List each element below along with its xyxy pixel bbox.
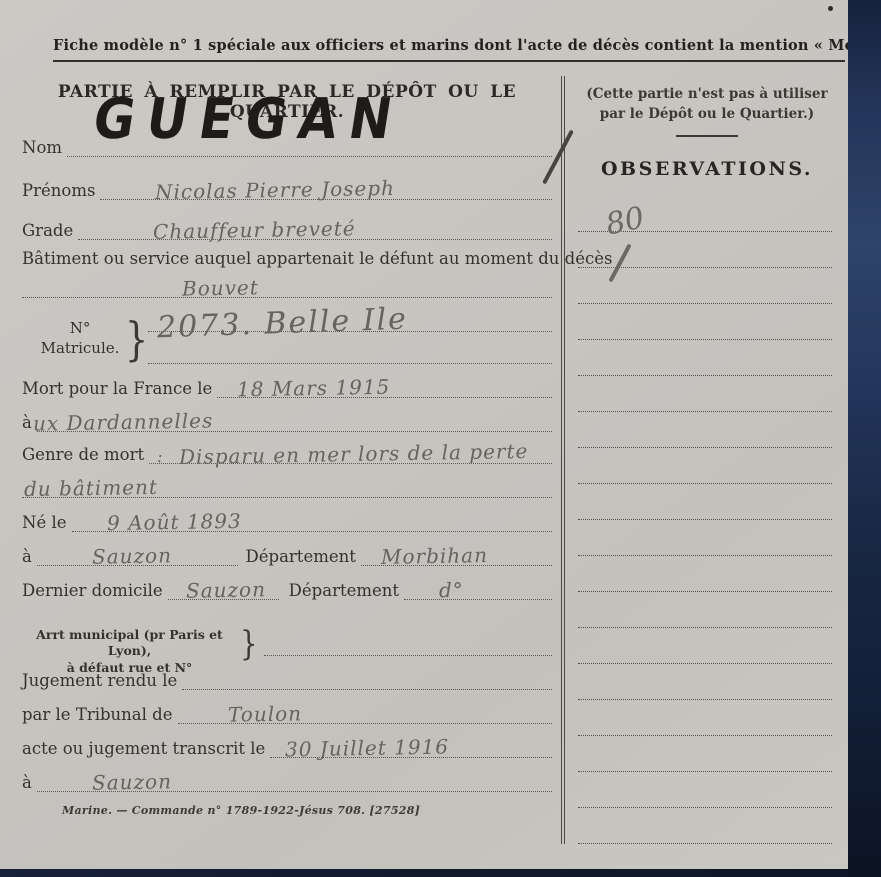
field-genre-de-mort: Genre de mort : Disparu en mer lors de l…: [22, 446, 552, 464]
tribunal-handwritten: Toulon: [227, 701, 301, 726]
field-jugement: Jugement rendu le: [22, 672, 552, 690]
prenoms-handwritten: Nicolas Pierre Joseph: [155, 176, 395, 204]
field-genre-de-mort-line2: du bâtiment: [22, 480, 552, 498]
ne-departement-dotted-line: Morbihan: [361, 548, 552, 566]
depot-section: PARTIE À REMPLIR PAR LE DÉPÔT OU LE QUAR…: [22, 82, 552, 842]
observation-ruled-line: [578, 772, 832, 808]
nom-label: Nom: [22, 140, 67, 158]
matricule-label-line2: Matricule.: [40, 338, 120, 358]
grade-label: Grade: [22, 223, 78, 241]
observation-ruled-line: [578, 628, 832, 664]
matricule-label-line1: N°: [40, 318, 120, 338]
domicile-dotted-line: Sauzon: [168, 582, 279, 600]
field-ne-a: à Sauzon Département Morbihan: [22, 548, 552, 566]
observation-ruled-line: [578, 700, 832, 736]
ne-a-dotted-line: Sauzon: [37, 548, 238, 566]
domicile-handwritten: Sauzon: [185, 577, 265, 602]
lieu-dotted-line: ux Dardannelles: [37, 414, 552, 432]
form-model-notice: Fiche modèle n° 1 spéciale aux officiers…: [53, 37, 845, 62]
mort-dotted-line: 18 Mars 1915: [217, 380, 552, 398]
domicile-departement-handwritten: d°: [439, 578, 464, 602]
transcrit-a-label: à: [22, 775, 37, 793]
field-transcrit: acte ou jugement transcrit le 30 Juillet…: [22, 740, 552, 758]
genre-mark-handwritten: :: [157, 447, 164, 466]
batiment-dotted-line: Bouvet: [22, 280, 552, 298]
genre-dotted-line-2: du bâtiment: [22, 480, 552, 498]
domicile-label: Dernier domicile: [22, 583, 168, 601]
ne-departement-label: Département: [238, 549, 361, 567]
ne-departement-handwritten: Morbihan: [381, 543, 488, 569]
print-order-footer: Marine. — Commande n° 1789-1922-Jésus 70…: [62, 804, 420, 817]
observation-ruled-line: [578, 304, 832, 340]
observation-ruled-line: [578, 520, 832, 556]
observation-ruled-line: [578, 484, 832, 520]
tribunal-label: par le Tribunal de: [22, 707, 178, 725]
observations-section: (Cette partie n'est pas à utiliser par l…: [576, 84, 838, 842]
ne-le-label: Né le: [22, 515, 72, 533]
field-ne-le: Né le 9 Août 1893: [22, 514, 552, 532]
observation-ruled-line: [578, 412, 832, 448]
observations-title: OBSERVATIONS.: [576, 158, 838, 180]
jugement-dotted-line: [182, 672, 552, 690]
reserved-note-line1: (Cette partie n'est pas à utiliser: [576, 84, 838, 104]
observation-ruled-line: [578, 736, 832, 772]
batiment-label: Bâtiment ou service auquel appartenait l…: [22, 249, 552, 268]
scan-background-right: [848, 0, 881, 877]
arr-municipal-label-line1: Arrt municipal (pr Paris et Lyon),: [22, 627, 237, 660]
matricule-label: N° Matricule.: [40, 318, 120, 359]
matricule-brace: }: [125, 312, 148, 366]
observation-ruled-line: [578, 376, 832, 412]
transcrit-handwritten: 30 Juillet 1916: [285, 735, 449, 762]
mort-label: Mort pour la France le: [22, 381, 217, 399]
field-batiment-line: Bouvet: [22, 280, 552, 298]
observation-ruled-line: [578, 808, 832, 844]
genre-label: Genre de mort: [22, 447, 149, 465]
observation-ruled-line: [578, 556, 832, 592]
transcrit-a-dotted-line: Sauzon: [37, 774, 552, 792]
matricule-line-2: [148, 346, 552, 364]
observations-lines: [578, 196, 832, 844]
observation-ruled-line: [578, 448, 832, 484]
transcrit-a-handwritten: Sauzon: [92, 769, 172, 794]
genre-dotted-line: : Disparu en mer lors de la perte: [149, 446, 552, 464]
ne-le-handwritten: 9 Août 1893: [106, 509, 241, 535]
lieu-handwritten: ux Dardannelles: [33, 408, 214, 435]
reserved-note-line2: par le Dépôt ou le Quartier.): [576, 104, 838, 124]
field-grade: Grade Chauffeur breveté: [22, 222, 552, 240]
prenoms-dotted-line: Nicolas Pierre Joseph: [100, 182, 552, 200]
prenoms-label: Prénoms: [22, 183, 100, 201]
column-divider-rule: [561, 76, 565, 844]
field-lieu-mort: à ux Dardannelles: [22, 414, 552, 432]
arr-municipal-dotted-line: [264, 638, 552, 656]
grade-handwritten: Chauffeur breveté: [153, 216, 356, 244]
arr-municipal-label: Arrt municipal (pr Paris et Lyon), à déf…: [22, 627, 237, 676]
observation-ruled-line: [578, 592, 832, 628]
field-dernier-domicile: Dernier domicile Sauzon Département d°: [22, 582, 552, 600]
reserved-note: (Cette partie n'est pas à utiliser par l…: [576, 84, 838, 125]
jugement-label: Jugement rendu le: [22, 673, 182, 691]
ne-a-label: à: [22, 549, 37, 567]
domicile-departement-label: Département: [279, 583, 404, 601]
ne-a-handwritten: Sauzon: [92, 543, 172, 568]
record-card-paper: Fiche modèle n° 1 spéciale aux officiers…: [0, 0, 848, 869]
field-mort-pour-la-france: Mort pour la France le 18 Mars 1915: [22, 380, 552, 398]
observation-ruled-line: [578, 340, 832, 376]
tribunal-dotted-line: Toulon: [178, 706, 553, 724]
field-arr-municipal: [264, 638, 552, 656]
matricule-handwritten: 2073. Belle Ile: [156, 302, 408, 346]
transcrit-dotted-line: 30 Juillet 1916: [270, 740, 552, 758]
domicile-departement-dotted-line: d°: [404, 582, 552, 600]
scan-background-bottom: [0, 869, 848, 877]
mort-date-handwritten: 18 Mars 1915: [237, 375, 391, 402]
field-tribunal: par le Tribunal de Toulon: [22, 706, 552, 724]
transcrit-label: acte ou jugement transcrit le: [22, 741, 270, 759]
grade-dotted-line: Chauffeur breveté: [78, 222, 552, 240]
field-transcrit-a: à Sauzon: [22, 774, 552, 792]
ne-le-dotted-line: 9 Août 1893: [72, 514, 553, 532]
ink-speck: [828, 6, 833, 11]
matricule-dotted-line-2: [148, 346, 552, 364]
surname-handwritten: GUEGAN: [89, 87, 409, 152]
observation-ruled-line: [578, 664, 832, 700]
field-prenoms: Prénoms Nicolas Pierre Joseph: [22, 182, 552, 200]
genre-handwritten-line1: Disparu en mer lors de la perte: [179, 439, 529, 469]
batiment-handwritten: Bouvet: [182, 275, 259, 300]
arr-municipal-brace: }: [240, 624, 257, 664]
genre-handwritten-line2: du bâtiment: [24, 475, 158, 501]
note-divider-dash: [676, 135, 738, 137]
